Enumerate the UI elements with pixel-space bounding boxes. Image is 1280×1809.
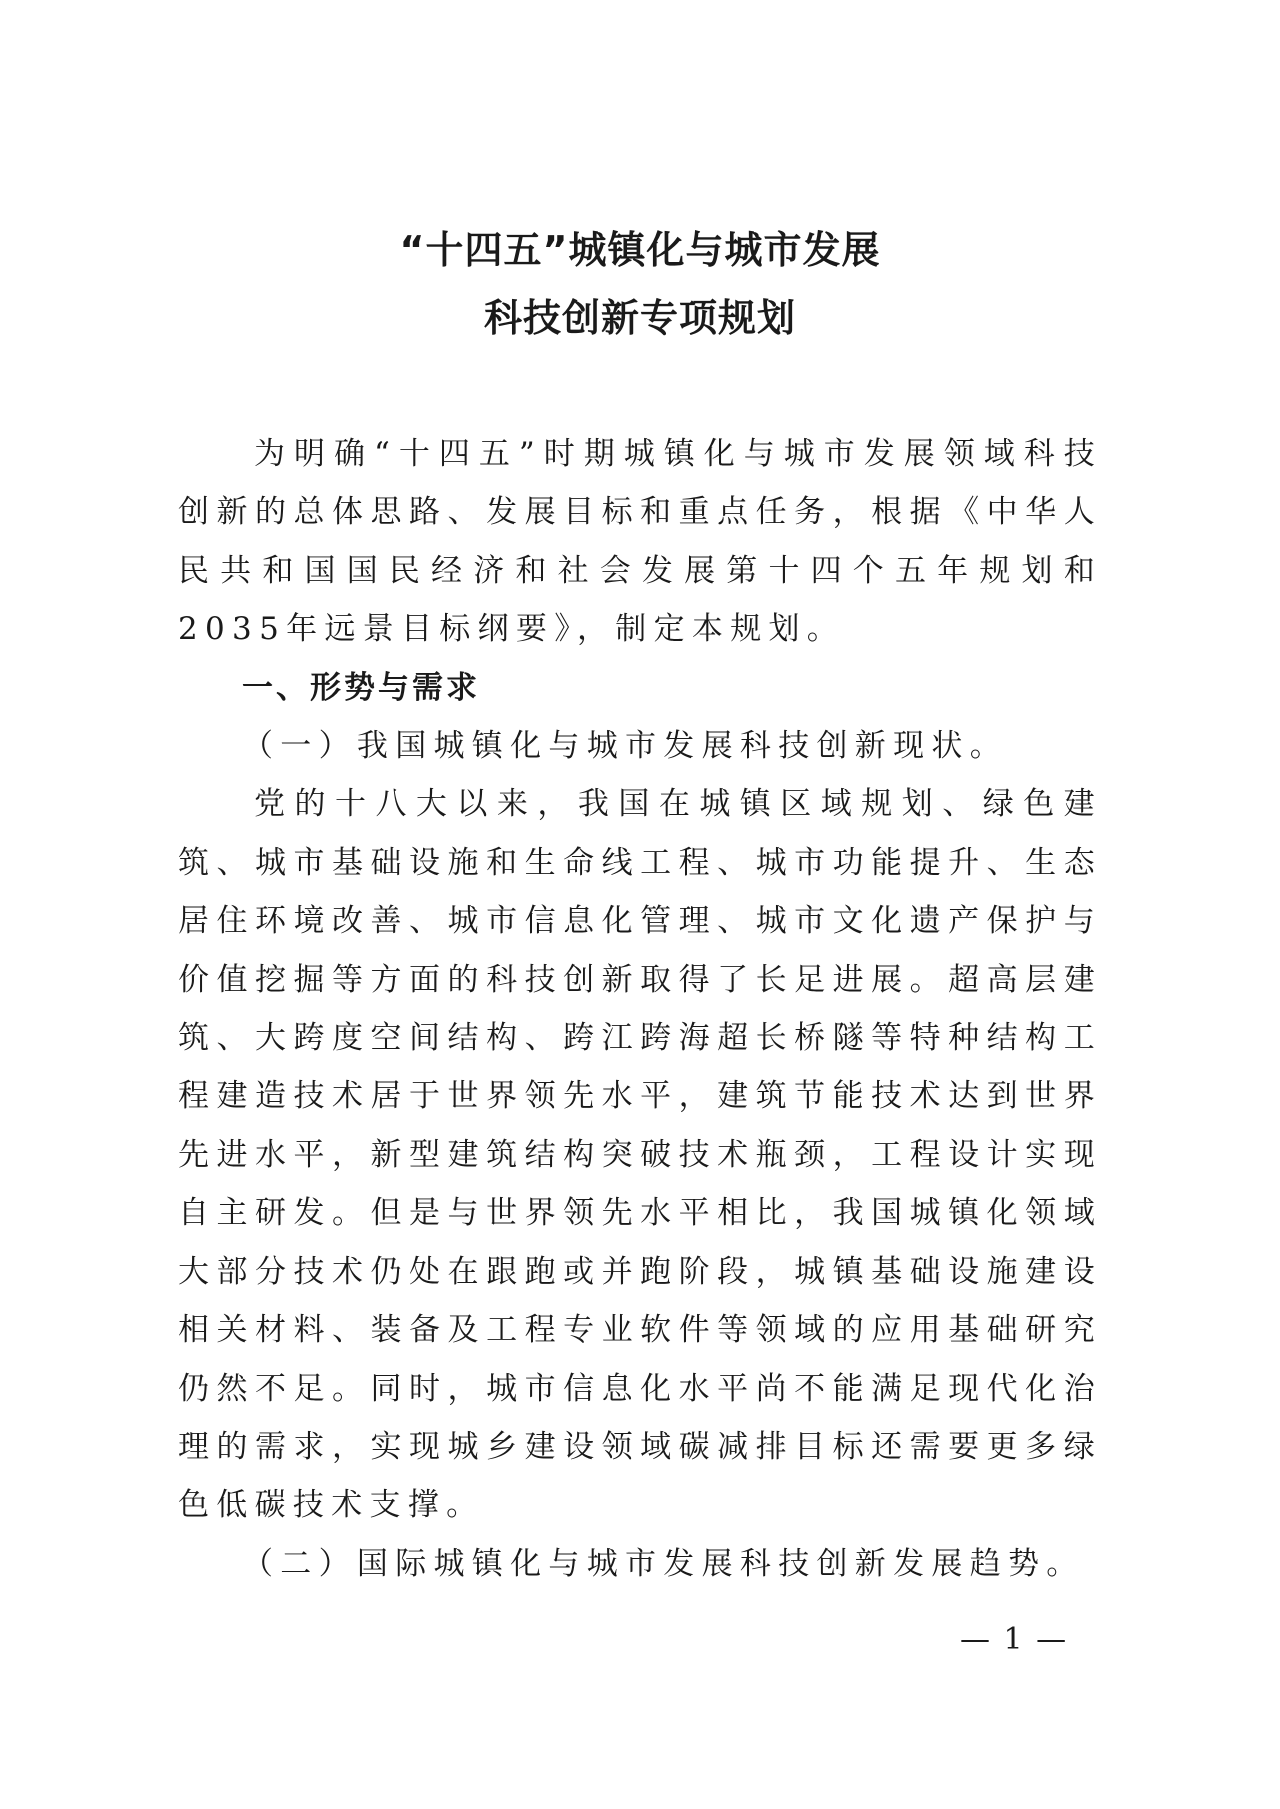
section-heading-situation-and-demand: 一、形势与需求 <box>178 659 1102 717</box>
document-page: “十四五”城镇化与城市发展 科技创新专项规划 为明确“十四五”时期城镇化与城市发… <box>0 0 1280 1809</box>
domestic-status-paragraph: 党的十八大以来，我国在城镇区域规划、绿色建筑、城市基础设施和生命线工程、城市功能… <box>178 775 1102 1534</box>
page-number: — 1 — <box>960 1620 1068 1660</box>
document-body: 为明确“十四五”时期城镇化与城市发展领域科技创新的总体思路、发展目标和重点任务，… <box>178 425 1102 1593</box>
document-title-line-1: “十四五”城镇化与城市发展 <box>0 216 1280 284</box>
document-title-line-2: 科技创新专项规划 <box>0 284 1280 352</box>
subsection-heading-international-trends: （二）国际城镇化与城市发展科技创新发展趋势。 <box>178 1535 1102 1593</box>
subsection-heading-domestic-status: （一）我国城镇化与城市发展科技创新现状。 <box>178 717 1102 775</box>
intro-paragraph: 为明确“十四五”时期城镇化与城市发展领域科技创新的总体思路、发展目标和重点任务，… <box>178 425 1102 659</box>
